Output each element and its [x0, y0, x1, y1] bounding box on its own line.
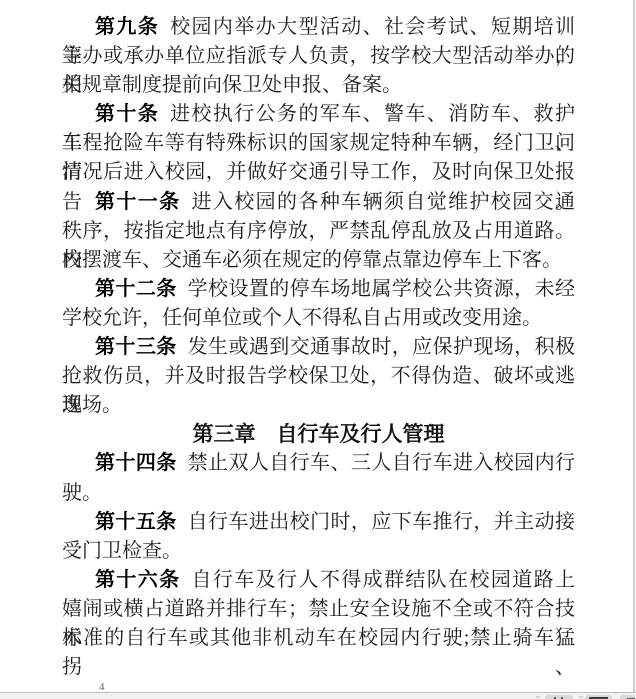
text-line: 情况后进入校园，并做好交通引导工作，及时向保卫处报告。 [62, 158, 575, 187]
line-text: 学校允许，任何单位或个人不得私自占用或改变用途。 [62, 307, 542, 329]
window-right-border [633, 0, 635, 693]
text-line: 驶。 [62, 479, 575, 508]
text-line: 抢救伤员，并及时报告学校保卫处，不得伪造、破坏或逃逸 [62, 362, 575, 391]
text-line: 现场。 [62, 391, 575, 420]
text-line: 第十二条学校设置的停车场地属学校公共资源，未经 [62, 275, 575, 304]
text-line: 标准的自行车或其他非机动车在校园内行驶;禁止骑车猛拐、 [62, 624, 575, 653]
article-number: 第十一条 [95, 191, 181, 213]
text-line: 第十四条禁止双人自行车、三人自行车进入校园内行 [62, 449, 575, 478]
line-text: 关规章制度提前向保卫处申报、备案。 [62, 74, 402, 96]
line-text: 学校设置的停车场地属学校公共资源，未经 [188, 278, 575, 300]
line-text: 标准的自行车或其他非机动车在校园内行驶;禁止骑车猛拐、 [62, 627, 575, 678]
text-line: 第十五条自行车进出校门时，应下车推行，并主动接 [62, 508, 575, 537]
text-line: 第十条进校执行公务的军车、警车、消防车、救护车、 [62, 100, 575, 129]
view-toggle-button[interactable] [545, 695, 573, 699]
text-line: 主办或承办单位应指派专人负责，按学校大型活动举办的相 [62, 42, 575, 71]
line-text: 发生或遇到交通事故时，应保护现场，积极 [188, 336, 575, 358]
text-line: 内摆渡车、交通车必须在规定的停靠点靠边停车上下客。 [62, 246, 575, 275]
text-line: 第十六条自行车及行人不得成群结队在校园道路上 [62, 566, 575, 595]
document-text-block: 第九条校园内举办大型活动、社会考试、短期培训等，主办或承办单位应指派专人负责，按… [62, 13, 575, 653]
resize-corner-button[interactable] [620, 695, 636, 699]
line-text: 禁止双人自行车、三人自行车进入校园内行 [188, 452, 575, 474]
text-line: 嬉闹或横占道路并排行车；禁止安全设施不全或不符合技术 [62, 595, 575, 624]
line-text: 受门卫检查。 [62, 540, 182, 562]
article-number: 第十三条 [95, 336, 177, 358]
text-line: 秩序，按指定地点有序停放，严禁乱停乱放及占用道路。校 [62, 217, 575, 246]
line-text: 驶。 [62, 482, 102, 504]
text-line: 第十三条发生或遇到交通事故时，应保护现场，积极 [62, 333, 575, 362]
page-view-button[interactable] [585, 695, 612, 699]
article-number: 第十五条 [95, 511, 177, 533]
chapter-heading: 第三章 自行车及行人管理 [62, 420, 575, 449]
document-page: 第九条校园内举办大型活动、社会考试、短期培训等，主办或承办单位应指派专人负责，按… [0, 0, 636, 699]
line-text: 进入校园的各种车辆须自觉维护校园交通 [192, 191, 575, 213]
status-bar [0, 692, 636, 699]
article-number: 第九条 [95, 16, 159, 38]
line-text: 自行车进出校门时，应下车推行，并主动接 [188, 511, 575, 533]
text-line: 受门卫检查。 [62, 537, 575, 566]
article-number: 第十条 [95, 103, 159, 125]
line-text: 现场。 [62, 394, 122, 416]
line-text: 内摆渡车、交通车必须在规定的停靠点靠边停车上下客。 [62, 249, 562, 271]
statusbar-separator [536, 696, 540, 698]
line-text: 自行车及行人不得成群结队在校园道路上 [192, 569, 575, 591]
text-line: 学校允许，任何单位或个人不得私自占用或改变用途。 [62, 304, 575, 333]
text-line: 第九条校园内举办大型活动、社会考试、短期培训等， [62, 13, 575, 42]
text-line: 关规章制度提前向保卫处申报、备案。 [62, 71, 575, 100]
text-line: 工程抢险车等有特殊标识的国家规定特种车辆，经门卫问清 [62, 129, 575, 158]
article-number: 第十六条 [95, 569, 181, 591]
article-number: 第十二条 [95, 278, 177, 300]
article-number: 第十四条 [95, 452, 177, 474]
text-line: 第十一条进入校园的各种车辆须自觉维护校园交通 [62, 188, 575, 217]
statusbar-separator [579, 696, 583, 698]
line-text: 第三章 自行车及行人管理 [193, 423, 445, 446]
